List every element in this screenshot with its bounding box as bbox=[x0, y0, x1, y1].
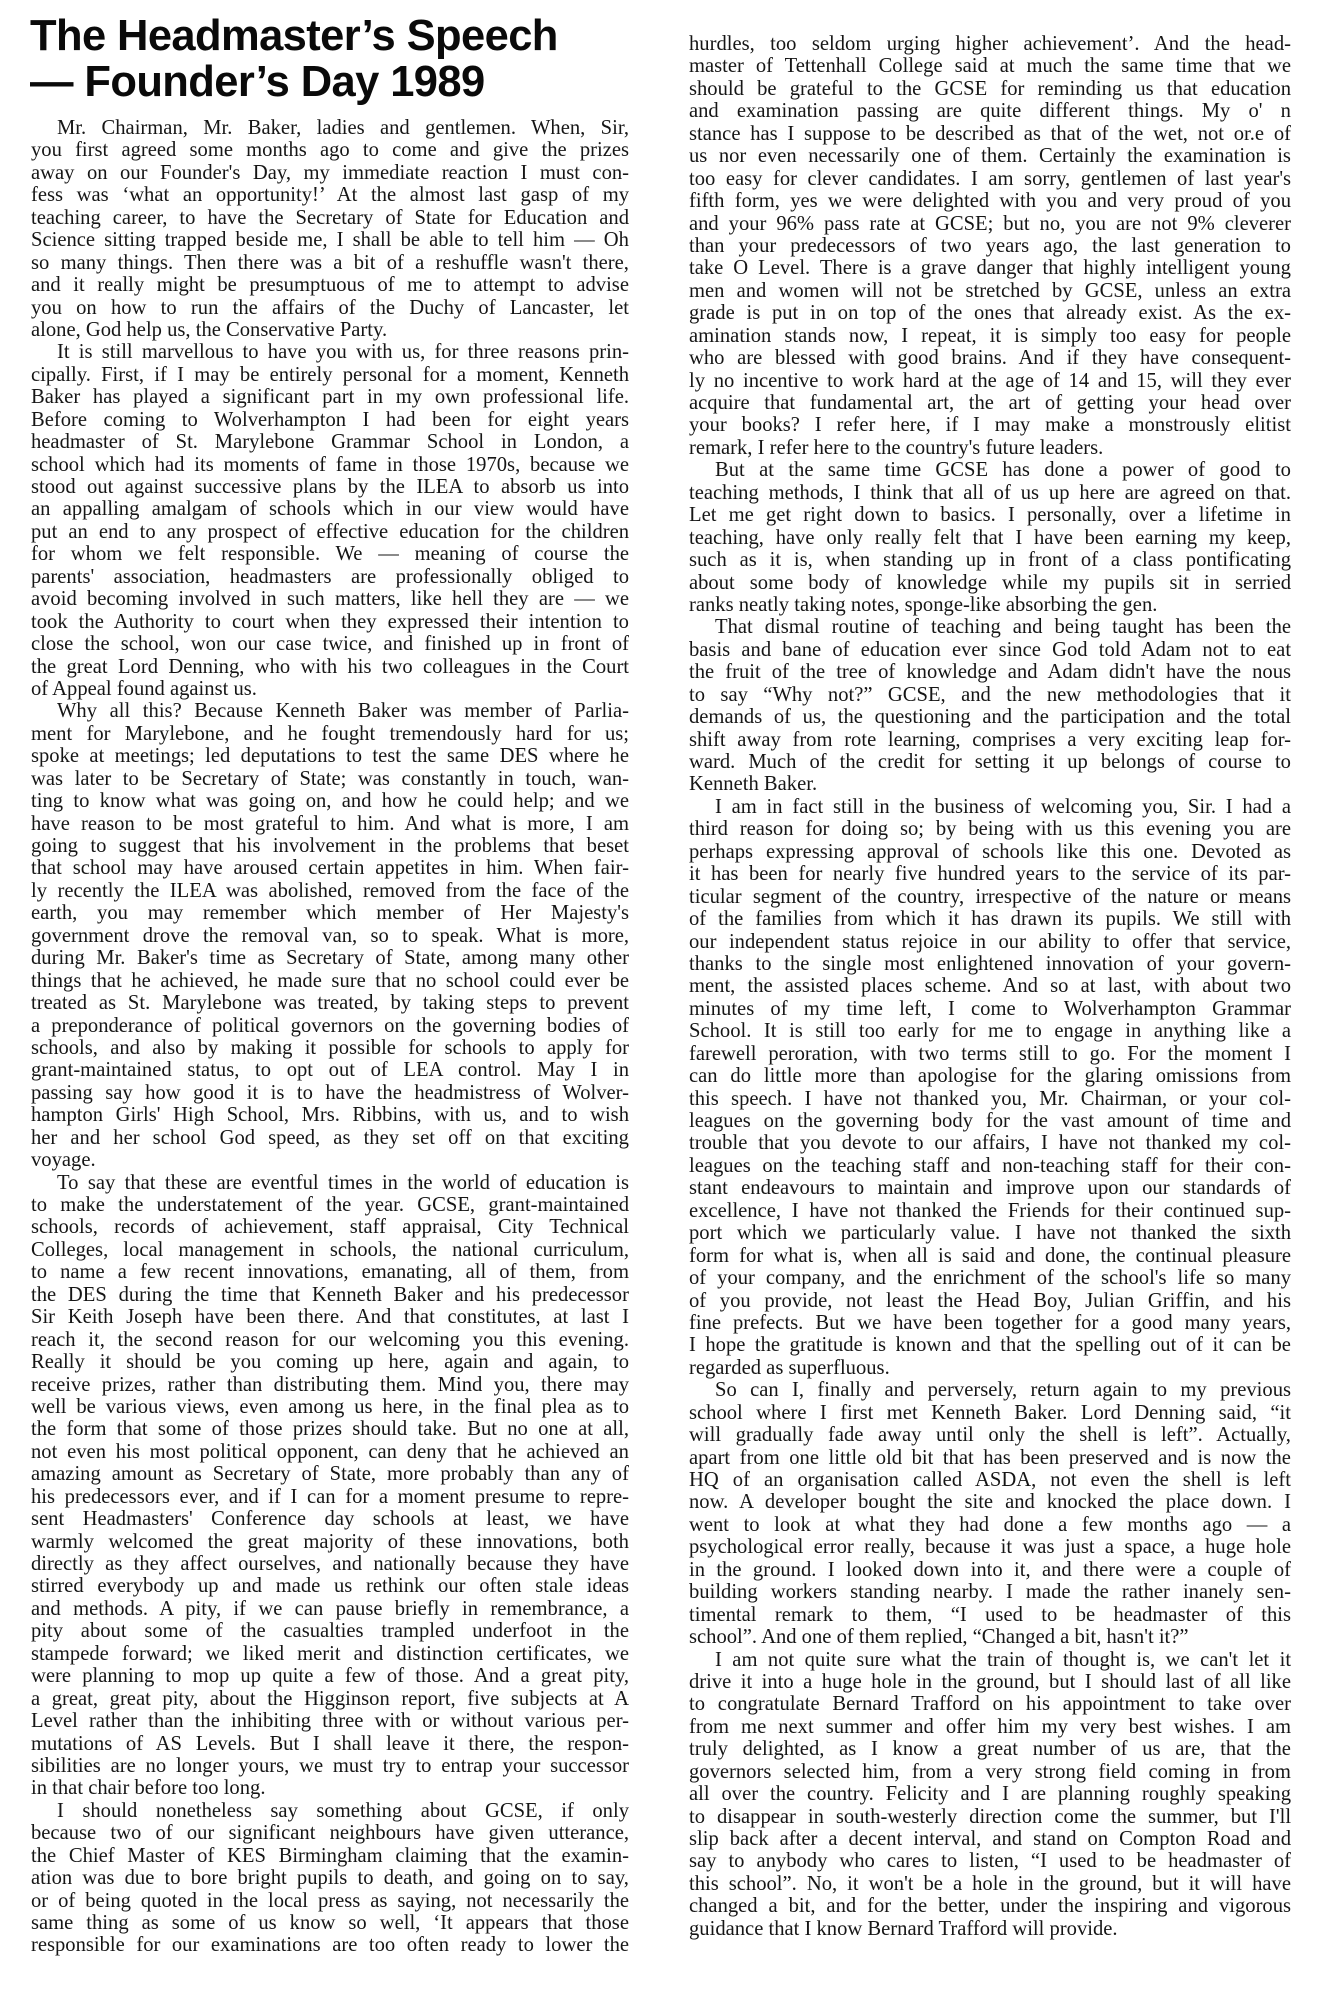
text-line: and your 96% pass rate at GCSE; but no, … bbox=[689, 213, 1291, 235]
text-line: acquire that fundamental art, the art of… bbox=[689, 392, 1291, 414]
paragraph: It is still marvellous to have you with … bbox=[31, 341, 629, 700]
text-line: well be various views, even among us her… bbox=[31, 1396, 629, 1418]
paragraph: That dismal routine of teaching and bein… bbox=[689, 616, 1291, 796]
text-line: teaching career, to have the Secretary o… bbox=[31, 207, 629, 229]
text-line: this speech. I have not thanked you, Mr.… bbox=[689, 1088, 1291, 1110]
text-line: not even his most political opponent, ca… bbox=[31, 1441, 629, 1463]
text-line: our independent status rejoice in our ab… bbox=[689, 931, 1291, 953]
text-line: HQ of an organisation called ASDA, not e… bbox=[689, 1469, 1291, 1491]
text-line: pity about some of the casualties trampl… bbox=[31, 1620, 629, 1642]
text-line: school”. And one of them replied, “Chang… bbox=[689, 1626, 1291, 1648]
text-line: your books? I refer here, if I may make … bbox=[689, 414, 1291, 436]
text-line: this school”. No, it won't be a hole in … bbox=[689, 1873, 1291, 1895]
text-line: ation was due to bore bright pupils to d… bbox=[31, 1867, 629, 1889]
text-line: teaching, have only really felt that I h… bbox=[689, 527, 1291, 549]
text-line: regarded as superfluous. bbox=[689, 1357, 1291, 1379]
text-line: close the school, won our case twice, an… bbox=[31, 633, 629, 655]
text-line: I am in fact still in the business of we… bbox=[689, 796, 1291, 818]
text-line: form for what is, when all is said and d… bbox=[689, 1245, 1291, 1267]
text-line: and methods. A pity, if we can pause bri… bbox=[31, 1598, 629, 1620]
text-line: avoid becoming involved in such matters,… bbox=[31, 588, 629, 610]
text-line: Baker has played a significant part in m… bbox=[31, 386, 629, 408]
text-line: cipally. First, if I may be entirely per… bbox=[31, 364, 629, 386]
text-line: earth, you may remember which member of … bbox=[31, 902, 629, 924]
paragraph: But at the same time GCSE has done a pow… bbox=[689, 459, 1291, 616]
text-line: government drove the removal van, so to … bbox=[31, 925, 629, 947]
text-line: ment for Marylebone, and he fought treme… bbox=[31, 723, 629, 745]
text-line: her and her school God speed, as they se… bbox=[31, 1127, 629, 1149]
text-line: governors selected him, from a very stro… bbox=[689, 1761, 1291, 1783]
text-line: that school may have aroused certain app… bbox=[31, 857, 629, 879]
text-line: in that chair before too long. bbox=[31, 1777, 629, 1799]
text-line: fine prefects. But we have been together… bbox=[689, 1312, 1291, 1334]
text-line: reach it, the second reason for our welc… bbox=[31, 1329, 629, 1351]
text-line: us nor even necessarily one of them. Cer… bbox=[689, 145, 1291, 167]
text-line: hurdles, too seldom urging higher achiev… bbox=[689, 33, 1291, 55]
text-line: away on our Founder's Day, my immediate … bbox=[31, 162, 629, 184]
text-line: the DES during the time that Kenneth Bak… bbox=[31, 1284, 629, 1306]
text-line: parents' association, headmasters are pr… bbox=[31, 566, 629, 588]
paragraph: To say that these are eventful times in … bbox=[31, 1172, 629, 1800]
text-line: going to suggest that his involvement in… bbox=[31, 835, 629, 857]
paragraph: I should nonetheless say something about… bbox=[31, 1800, 629, 1957]
text-line: it has been for nearly five hundred year… bbox=[689, 863, 1291, 885]
text-line: to name a few recent innovations, emanat… bbox=[31, 1261, 629, 1283]
text-line: can do little more than apologise for th… bbox=[689, 1065, 1291, 1087]
left-text-column: Mr. Chairman, Mr. Baker, ladies and gent… bbox=[31, 117, 629, 1957]
text-line: headmaster of St. Marylebone Grammar Sch… bbox=[31, 431, 629, 453]
text-line: went to look at what they had done a few… bbox=[689, 1514, 1291, 1536]
text-line: excellence, I have not thanked the Frien… bbox=[689, 1200, 1291, 1222]
text-line: took the Authority to court when they ex… bbox=[31, 611, 629, 633]
text-line: Before coming to Wolverhampton I had bee… bbox=[31, 409, 629, 431]
text-line: port which we particularly value. I have… bbox=[689, 1222, 1291, 1244]
paragraph: I am in fact still in the business of we… bbox=[689, 796, 1291, 1379]
text-line: have reason to be most grateful to him. … bbox=[31, 813, 629, 835]
text-line: because two of our significant neighbour… bbox=[31, 1822, 629, 1844]
text-line: ly recently the ILEA was abolished, remo… bbox=[31, 880, 629, 902]
text-line: I should nonetheless say something about… bbox=[31, 1800, 629, 1822]
text-line: schools, records of achievement, staff a… bbox=[31, 1216, 629, 1238]
text-line: Mr. Chairman, Mr. Baker, ladies and gent… bbox=[31, 117, 629, 139]
text-line: take O Level. There is a grave danger th… bbox=[689, 257, 1291, 279]
text-line: guidance that I know Bernard Trafford wi… bbox=[689, 1918, 1291, 1940]
text-line: receive prizes, rather than distributing… bbox=[31, 1374, 629, 1396]
text-line: Level rather than the inhibiting three w… bbox=[31, 1710, 629, 1732]
text-line: ly no incentive to work hard at the age … bbox=[689, 370, 1291, 392]
text-line: ward. Much of the credit for setting it … bbox=[689, 751, 1291, 773]
text-line: should be grateful to the GCSE for remin… bbox=[689, 78, 1291, 100]
text-line: school which had its moments of fame in … bbox=[31, 454, 629, 476]
paragraph: I am not quite sure what the train of th… bbox=[689, 1649, 1291, 1941]
text-line: a preponderance of political governors o… bbox=[31, 1015, 629, 1037]
text-line: the form that some of those prizes shoul… bbox=[31, 1418, 629, 1440]
text-line: trouble that you devote to our affairs, … bbox=[689, 1132, 1291, 1154]
text-line: and examination passing are quite differ… bbox=[689, 100, 1291, 122]
text-line: ticular segment of the country, irrespec… bbox=[689, 886, 1291, 908]
text-line: of the families from which it has drawn … bbox=[689, 908, 1291, 930]
text-line: apart from one little old bit that has b… bbox=[689, 1447, 1291, 1469]
text-line: will gradually fade away until only the … bbox=[689, 1424, 1291, 1446]
text-line: stood out against successive plans by th… bbox=[31, 476, 629, 498]
text-line: a great, great pity, about the Higginson… bbox=[31, 1688, 629, 1710]
text-line: Sir Keith Joseph have been there. And th… bbox=[31, 1306, 629, 1328]
text-line: stirred everybody up and made us rethink… bbox=[31, 1575, 629, 1597]
text-line: leagues on the teaching staff and non-te… bbox=[689, 1155, 1291, 1177]
text-line: all over the country. Felicity and I are… bbox=[689, 1783, 1291, 1805]
text-line: changed a bit, and for the better, under… bbox=[689, 1895, 1291, 1917]
text-line: grant-maintained status, to opt out of L… bbox=[31, 1059, 629, 1081]
text-line: I hope the gratitude is known and that t… bbox=[689, 1334, 1291, 1356]
text-line: alone, God help us, the Conservative Par… bbox=[31, 319, 629, 341]
text-line: hampton Girls' High School, Mrs. Ribbins… bbox=[31, 1104, 629, 1126]
text-line: of your company, and the enrichment of t… bbox=[689, 1267, 1291, 1289]
text-line: I am not quite sure what the train of th… bbox=[689, 1649, 1291, 1671]
text-line: master of Tettenhall College said at muc… bbox=[689, 55, 1291, 77]
text-line: schools, and also by making it possible … bbox=[31, 1037, 629, 1059]
text-line: Kenneth Baker. bbox=[689, 773, 1291, 795]
text-line: That dismal routine of teaching and bein… bbox=[689, 616, 1291, 638]
text-line: It is still marvellous to have you with … bbox=[31, 341, 629, 363]
text-line: you first agreed some months ago to come… bbox=[31, 139, 629, 161]
text-line: fess was ‘what an opportunity!’ At the a… bbox=[31, 184, 629, 206]
text-line: timental remark to them, “I used to be h… bbox=[689, 1604, 1291, 1626]
text-line: and it really might be presumptuous of m… bbox=[31, 274, 629, 296]
text-line: for whom we felt responsible. We — meani… bbox=[31, 543, 629, 565]
text-line: Colleges, local management in schools, t… bbox=[31, 1239, 629, 1261]
article-headline: The Headmaster’s Speech — Founder’s Day … bbox=[30, 13, 640, 105]
headline-line-2: — Founder’s Day 1989 bbox=[30, 59, 640, 105]
text-line: mutations of AS Levels. But I shall leav… bbox=[31, 1733, 629, 1755]
text-line: amazing amount as Secretary of State, mo… bbox=[31, 1463, 629, 1485]
text-line: stant endeavours to maintain and improve… bbox=[689, 1177, 1291, 1199]
text-line: things that he achieved, he made sure th… bbox=[31, 970, 629, 992]
text-line: warmly welcomed the great majority of th… bbox=[31, 1531, 629, 1553]
paragraph: Mr. Chairman, Mr. Baker, ladies and gent… bbox=[31, 117, 629, 341]
text-line: to disappear in south-westerly direction… bbox=[689, 1806, 1291, 1828]
text-line: now. A developer bought the site and kno… bbox=[689, 1491, 1291, 1513]
text-line: basis and bane of education ever since G… bbox=[689, 639, 1291, 661]
text-line: from me next summer and offer him my ver… bbox=[689, 1716, 1291, 1738]
text-line: about some body of knowledge while my pu… bbox=[689, 572, 1291, 594]
text-line: such as it is, when standing up in front… bbox=[689, 549, 1291, 571]
text-line: psychological error really, because it w… bbox=[689, 1536, 1291, 1558]
headline-line-1: The Headmaster’s Speech bbox=[30, 13, 640, 59]
text-line: stampede forward; we liked merit and dis… bbox=[31, 1643, 629, 1665]
text-line: were planning to mop up quite a few of t… bbox=[31, 1665, 629, 1687]
text-line: directly as they affect ourselves, and n… bbox=[31, 1553, 629, 1575]
text-line: his predecessors ever, and if I can for … bbox=[31, 1486, 629, 1508]
text-line: drive it into a huge hole in the ground,… bbox=[689, 1671, 1291, 1693]
text-line: who are blessed with good brains. And if… bbox=[689, 347, 1291, 369]
text-line: you on how to run the affairs of the Duc… bbox=[31, 297, 629, 319]
text-line: Really it should be you coming up here, … bbox=[31, 1351, 629, 1373]
text-line: Let me get right down to basics. I perso… bbox=[689, 504, 1291, 526]
text-line: But at the same time GCSE has done a pow… bbox=[689, 459, 1291, 481]
text-line: Why all this? Because Kenneth Baker was … bbox=[31, 700, 629, 722]
text-line: sent Headmasters' Conference day schools… bbox=[31, 1508, 629, 1530]
text-line: of Appeal found against us. bbox=[31, 678, 629, 700]
text-line: remark, I refer here to the country's fu… bbox=[689, 437, 1291, 459]
text-line: men and women will not be stretched by G… bbox=[689, 280, 1291, 302]
text-line: was later to be Secretary of State; was … bbox=[31, 768, 629, 790]
text-line: school where I first met Kenneth Baker. … bbox=[689, 1402, 1291, 1424]
text-line: say to anybody who cares to listen, “I u… bbox=[689, 1850, 1291, 1872]
text-line: teaching methods, I think that all of us… bbox=[689, 482, 1291, 504]
text-line: ranks neatly taking notes, sponge-like a… bbox=[689, 594, 1291, 616]
text-line: to congratulate Bernard Trafford on his … bbox=[689, 1693, 1291, 1715]
text-line: voyage. bbox=[31, 1149, 629, 1171]
text-line: So can I, finally and perversely, return… bbox=[689, 1379, 1291, 1401]
text-line: spoke at meetings; led deputations to te… bbox=[31, 745, 629, 767]
text-line: to make the understatement of the year. … bbox=[31, 1194, 629, 1216]
text-line: in the ground. I looked down into it, an… bbox=[689, 1559, 1291, 1581]
text-line: the fruit of the tree of knowledge and A… bbox=[689, 661, 1291, 683]
text-line: Science sitting trapped beside me, I sha… bbox=[31, 229, 629, 251]
text-line: or of being quoted in the local press as… bbox=[31, 1890, 629, 1912]
paragraph: Why all this? Because Kenneth Baker was … bbox=[31, 700, 629, 1171]
text-line: so many things. Then there was a bit of … bbox=[31, 252, 629, 274]
text-line: demands of us, the questioning and the p… bbox=[689, 706, 1291, 728]
right-text-column: hurdles, too seldom urging higher achiev… bbox=[689, 33, 1291, 1940]
text-line: to say “Why not?” GCSE, and the new meth… bbox=[689, 684, 1291, 706]
text-line: treated as St. Marylebone was treated, b… bbox=[31, 992, 629, 1014]
text-line: third reason for doing so; by being with… bbox=[689, 818, 1291, 840]
text-line: building workers standing nearby. I made… bbox=[689, 1581, 1291, 1603]
text-line: shift away from rote learning, comprises… bbox=[689, 729, 1291, 751]
text-line: an appalling amalgam of schools which in… bbox=[31, 498, 629, 520]
text-line: perhaps expressing approval of schools l… bbox=[689, 841, 1291, 863]
text-line: too easy for clever candidates. I am sor… bbox=[689, 168, 1291, 190]
text-line: the great Lord Denning, who with his two… bbox=[31, 656, 629, 678]
text-line: minutes of my time left, I come to Wolve… bbox=[689, 998, 1291, 1020]
text-line: passing say how good it is to have the h… bbox=[31, 1082, 629, 1104]
text-line: fifth form, yes we were delighted with y… bbox=[689, 190, 1291, 212]
text-line: ment, the assisted places scheme. And so… bbox=[689, 975, 1291, 997]
text-line: grade is put in on top of the ones that … bbox=[689, 302, 1291, 324]
text-line: stance has I suppose to be described as … bbox=[689, 123, 1291, 145]
paragraph: So can I, finally and perversely, return… bbox=[689, 1379, 1291, 1648]
text-line: To say that these are eventful times in … bbox=[31, 1172, 629, 1194]
text-line: thanks to the single most enlightened in… bbox=[689, 953, 1291, 975]
text-line: the Chief Master of KES Birmingham claim… bbox=[31, 1845, 629, 1867]
text-line: sibilities are no longer yours, we must … bbox=[31, 1755, 629, 1777]
text-line: ting to know what was going on, and how … bbox=[31, 790, 629, 812]
text-line: put an end to any prospect of effective … bbox=[31, 521, 629, 543]
text-line: during Mr. Baker's time as Secretary of … bbox=[31, 947, 629, 969]
text-line: of you provide, not least the Head Boy, … bbox=[689, 1290, 1291, 1312]
text-line: leagues on the governing body for the va… bbox=[689, 1110, 1291, 1132]
text-line: truly delighted, as I know a great numbe… bbox=[689, 1738, 1291, 1760]
paragraph: hurdles, too seldom urging higher achiev… bbox=[689, 33, 1291, 459]
text-line: than your predecessors of two years ago,… bbox=[689, 235, 1291, 257]
text-line: amination stands now, I repeat, it is si… bbox=[689, 325, 1291, 347]
article-page: The Headmaster’s Speech — Founder’s Day … bbox=[0, 0, 1317, 2000]
text-line: farewell peroration, with two terms stil… bbox=[689, 1043, 1291, 1065]
text-line: slip back after a decent interval, and s… bbox=[689, 1828, 1291, 1850]
text-line: School. It is still too early for me to … bbox=[689, 1020, 1291, 1042]
text-line: responsible for our examinations are too… bbox=[31, 1934, 629, 1956]
text-line: same thing as some of us know so well, ‘… bbox=[31, 1912, 629, 1934]
